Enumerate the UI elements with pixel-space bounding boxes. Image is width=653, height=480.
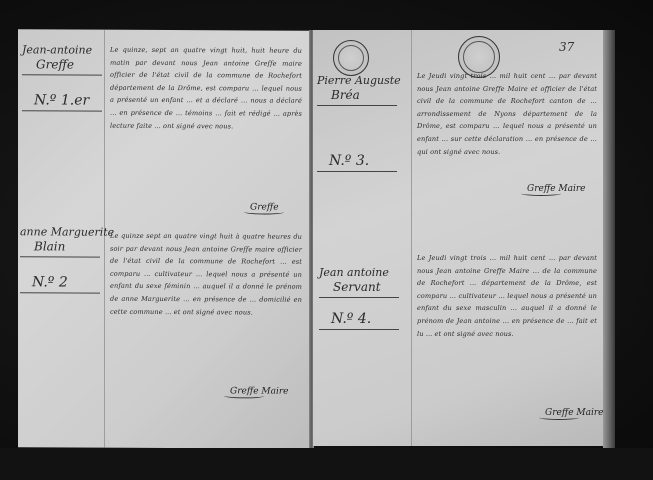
signature-1: Greffe xyxy=(250,202,284,214)
surname: Blain xyxy=(20,239,114,253)
entry-number: N.º 2 xyxy=(20,275,114,289)
act-text-1: Le quinze, sept an quatre vingt huit, hu… xyxy=(110,44,302,195)
underline xyxy=(22,74,102,75)
underline xyxy=(317,105,397,106)
margin-entry-2: anne Marguerite Blain N.º 2 xyxy=(20,225,114,293)
entry-number: N.º 3. xyxy=(317,154,401,168)
given-name: anne Marguerite xyxy=(20,225,114,239)
signature-3: Greffe Maire xyxy=(527,184,585,196)
underline xyxy=(22,110,102,111)
right-page: 37 Pierre Auguste Bréa N.º 3. Le Jeudi v… xyxy=(313,30,603,446)
underline xyxy=(20,256,100,257)
scan-border xyxy=(0,448,653,480)
given-name: Pierre Auguste xyxy=(317,74,401,88)
margin-rule xyxy=(411,30,412,446)
underline xyxy=(319,329,399,330)
allegorical-seal-stamp xyxy=(333,40,369,76)
surname: Servant xyxy=(319,280,399,294)
act-text-2: Le quinze sept an quatre vingt huit à qu… xyxy=(110,230,302,391)
underline xyxy=(319,297,399,298)
margin-entry-1: Jean-antoine Greffe N.º 1.er xyxy=(22,43,102,111)
left-page: Jean-antoine Greffe N.º 1.er Le quinze, … xyxy=(18,29,310,449)
page-edge xyxy=(603,30,615,448)
act-text-3: Le Jeudi vingt trois ... mil huit cent .… xyxy=(417,70,597,200)
given-name: Jean antoine xyxy=(319,266,399,280)
surname: Bréa xyxy=(317,88,401,102)
signature-4: Greffe Maire xyxy=(545,408,603,420)
underline xyxy=(20,292,100,293)
margin-entry-4: Jean antoine Servant N.º 4. xyxy=(319,266,399,330)
folio-number: 37 xyxy=(559,40,574,54)
given-name: Jean-antoine xyxy=(22,43,102,57)
margin-entry-3: Pierre Auguste Bréa N.º 3. xyxy=(317,74,401,172)
signature-2: Greffe Maire xyxy=(230,386,288,398)
underline xyxy=(317,171,397,172)
surname: Greffe xyxy=(22,57,102,71)
entry-number: N.º 1.er xyxy=(22,93,102,107)
act-text-4: Le Jeudi vingt trois ... mil huit cent .… xyxy=(417,252,597,402)
entry-number: N.º 4. xyxy=(319,312,399,326)
